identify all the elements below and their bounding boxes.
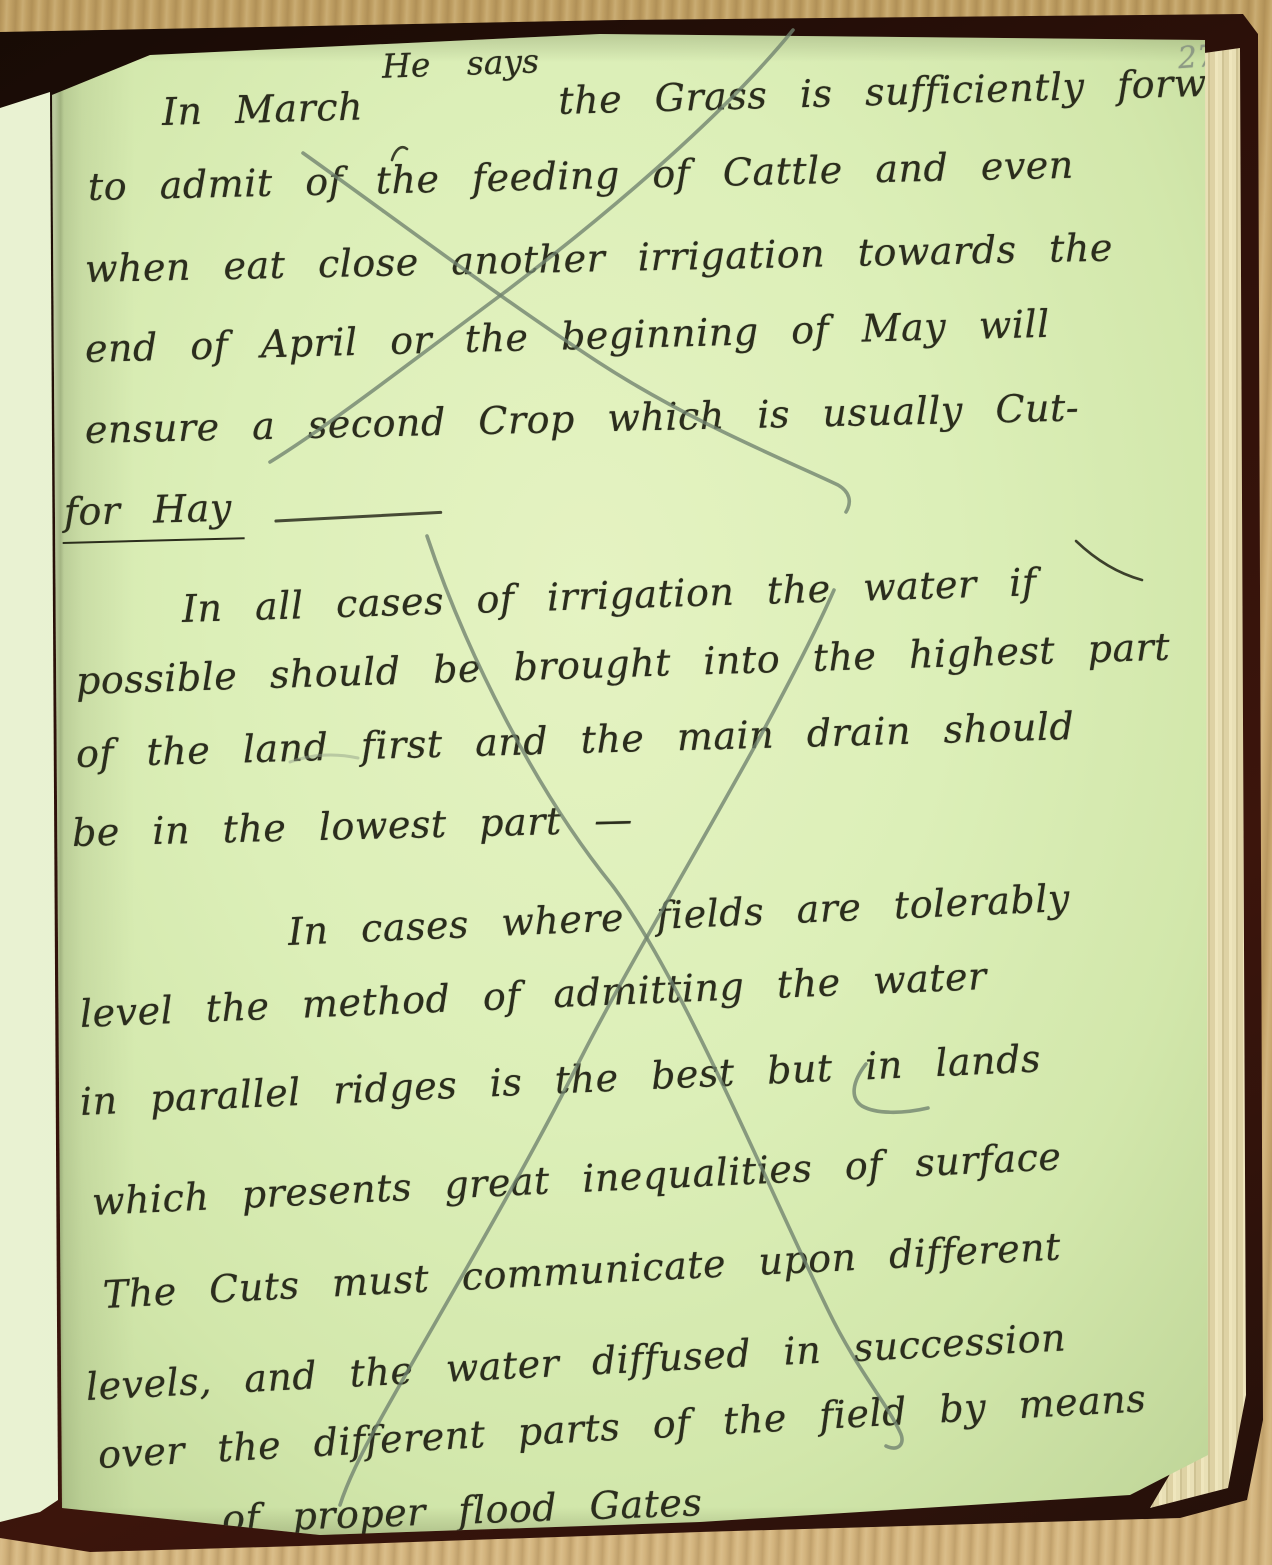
underlined-phrase: for Hay	[61, 484, 244, 544]
manuscript-line: end of April or the beginning of May wil…	[84, 301, 1050, 372]
manuscript-line: The Cuts must communicate upon different	[102, 1224, 1062, 1318]
manuscript-line: possible should be brought into the high…	[75, 624, 1170, 704]
manuscript-line: In March the Grass is sufficiently forwa…	[161, 58, 1272, 135]
manuscript-line: of the land first and the main drain sho…	[75, 703, 1075, 777]
manuscript-page: 27 He says In March the Grass is suffici…	[0, 0, 1272, 1565]
manuscript-line: ensure a second Crop which is usually Cu…	[84, 384, 1079, 453]
manuscript-line: in parallel ridges is the best but in la…	[79, 1035, 1042, 1125]
manuscript-line: In all cases of irrigation the water if	[181, 559, 1037, 632]
manuscript-photo: 27 He says In March the Grass is suffici…	[0, 0, 1272, 1565]
manuscript-line: for Hay	[61, 479, 442, 544]
manuscript-line: which presents great inequalities of sur…	[91, 1133, 1062, 1225]
manuscript-line: to admit of the feeding of Cattle and ev…	[87, 142, 1074, 210]
flourish-dash	[274, 511, 442, 523]
manuscript-line: be in the lowest part —	[71, 796, 633, 856]
manuscript-line: In cases where fields are tolerably	[287, 875, 1071, 955]
manuscript-line: when eat close another irrigation toward…	[85, 224, 1114, 292]
manuscript-line: level the method of admitting the water	[79, 953, 988, 1037]
